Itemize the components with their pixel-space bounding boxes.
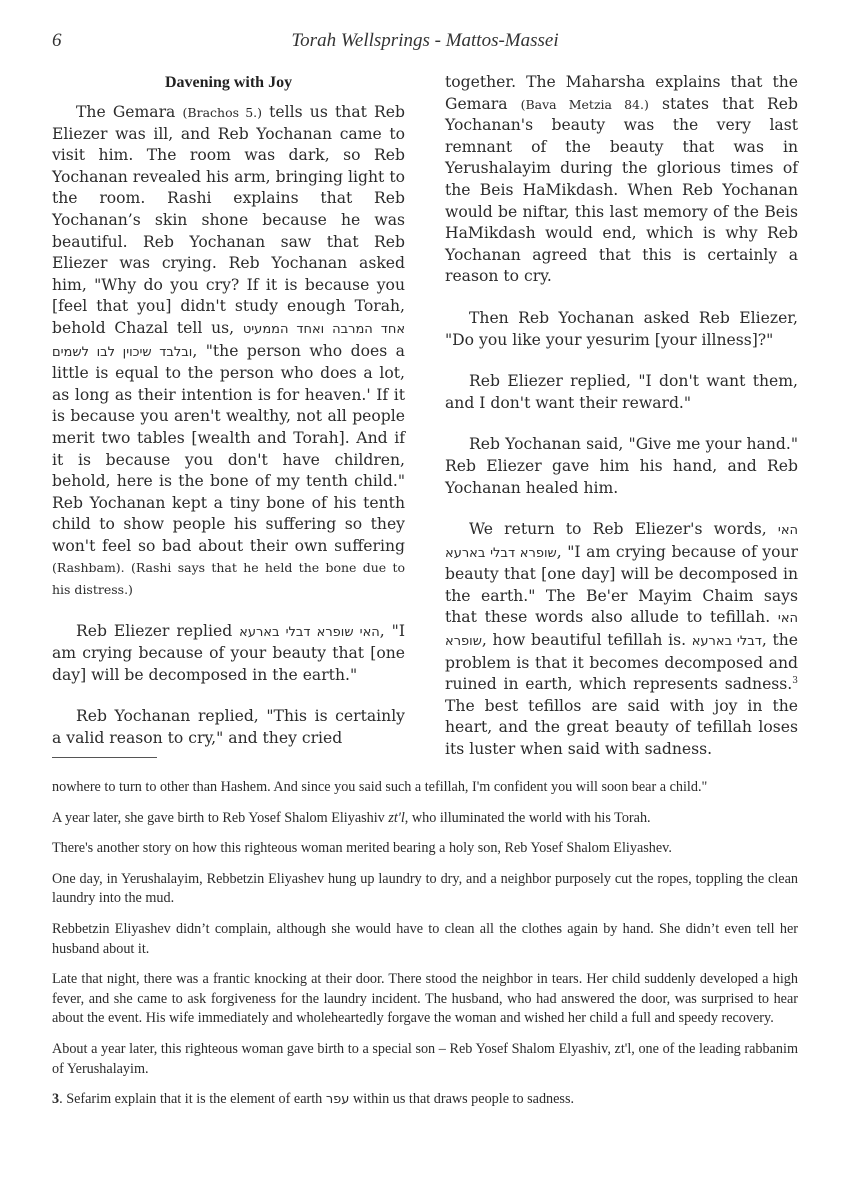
paragraph: We return to Reb Eliezer's words, האי שו… xyxy=(445,519,798,761)
footnote-paragraph: A year later, she gave birth to Reb Yose… xyxy=(52,809,798,829)
text: The Gemara xyxy=(76,103,183,121)
section-heading: Davening with Joy xyxy=(52,72,405,94)
text: A year later, she gave birth to Reb Yose… xyxy=(52,810,388,826)
footnote-paragraph: One day, in Yerushalayim, Rebbetzin Eliy… xyxy=(52,870,798,909)
text: We return to Reb Eliezer's words, xyxy=(469,520,778,538)
paragraph: Reb Yochanan replied, "This is certainly… xyxy=(52,706,405,749)
text: tells us that Reb Eliezer was ill, and R… xyxy=(52,103,405,337)
hebrew-word: עפר xyxy=(326,1092,350,1107)
citation: (Bava Metzia 84.) xyxy=(521,97,649,112)
text: Reb Eliezer replied xyxy=(76,622,239,640)
footnote-paragraph: Late that night, there was a frantic kno… xyxy=(52,970,798,1029)
citation: (Rashbam). (Rashi says that he held the … xyxy=(52,560,405,597)
text: , "the person who does a little is equal… xyxy=(52,342,405,555)
paragraph: Reb Eliezer replied, "I don't want them,… xyxy=(445,371,798,414)
text: states that Reb Yochanan's beauty was th… xyxy=(445,95,798,286)
paragraph: Reb Eliezer replied האי שופרא דבלי בארעא… xyxy=(52,621,405,687)
honorific: zt'l xyxy=(388,810,404,826)
text: , how beautiful tefillah is. xyxy=(482,631,692,649)
hebrew-quote: האי שופרא דבלי בארעא xyxy=(239,625,380,640)
footnote-paragraph: nowhere to turn to other than Hashem. An… xyxy=(52,778,798,798)
text: . Sefarim explain that it is the element… xyxy=(59,1091,326,1107)
text: within us that draws people to sadness. xyxy=(349,1091,574,1107)
footnote-paragraph: There's another story on how this righte… xyxy=(52,839,798,859)
running-title: Torah Wellsprings - Mattos-Massei xyxy=(52,30,798,52)
footnote-paragraph: Rebbetzin Eliyashev didn’t complain, alt… xyxy=(52,920,798,959)
left-column: Davening with Joy The Gemara (Brachos 5.… xyxy=(52,72,405,770)
footnote-3: 3. Sefarim explain that it is the elemen… xyxy=(52,1090,798,1110)
hebrew-quote: דבלי בארעא xyxy=(692,634,762,649)
text: The best tefillos are said with joy in t… xyxy=(445,697,798,758)
citation: (Brachos 5.) xyxy=(183,105,262,120)
paragraph: Then Reb Yochanan asked Reb Eliezer, "Do… xyxy=(445,308,798,351)
paragraph: Reb Yochanan said, "Give me your hand." … xyxy=(445,434,798,499)
running-head: 6 Torah Wellsprings - Mattos-Massei xyxy=(52,30,798,54)
footnote-divider xyxy=(52,757,157,758)
text: , who illuminated the world with his Tor… xyxy=(405,810,651,826)
paragraph: together. The Maharsha explains that the… xyxy=(445,72,798,288)
footnote-ref[interactable]: 3 xyxy=(792,676,798,686)
footnote-paragraph: About a year later, this righteous woman… xyxy=(52,1040,798,1079)
footnotes: nowhere to turn to other than Hashem. An… xyxy=(52,778,798,1121)
paragraph: The Gemara (Brachos 5.) tells us that Re… xyxy=(52,102,405,601)
right-column: together. The Maharsha explains that the… xyxy=(445,72,798,781)
